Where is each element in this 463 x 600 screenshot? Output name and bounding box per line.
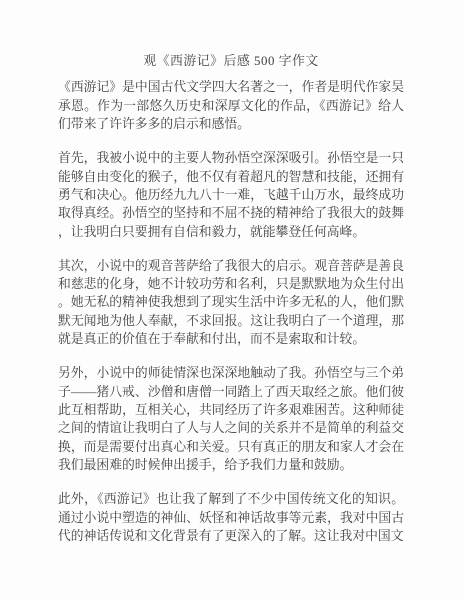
essay-paragraph-sun-wukong: 首先，我被小说中的主要人物孙悟空深深吸引。孙悟空是一只能够自由变化的猴子，他不仅… [58, 149, 404, 241]
essay-title: 观《西游记》后感 500 字作文 [58, 52, 404, 70]
essay-paragraph-guanyin: 其次，小说中的观音菩萨给了我很大的启示。观音菩萨是善良和慈悲的化身，她不计较功劳… [58, 257, 404, 349]
essay-page: 观《西游记》后感 500 字作文 《西游记》是中国古代文学四大名著之一，作者是明… [0, 0, 463, 600]
essay-paragraph-culture: 此外，《西游记》也让我了解到了不少中国传统文化的知识。通过小说中塑造的神仙、妖怪… [58, 490, 404, 545]
essay-paragraph-master-disciples: 另外，小说中的师徒情深也深深地触动了我。孙悟空与三个弟子——猪八戒、沙僧和唐僧一… [58, 364, 404, 474]
essay-body: 《西游记》是中国古代文学四大名著之一，作者是明代作家吴承恩。作为一部悠久历史和深… [58, 78, 405, 545]
essay-paragraph-intro: 《西游记》是中国古代文学四大名著之一，作者是明代作家吴承恩。作为一部悠久历史和深… [58, 78, 404, 133]
